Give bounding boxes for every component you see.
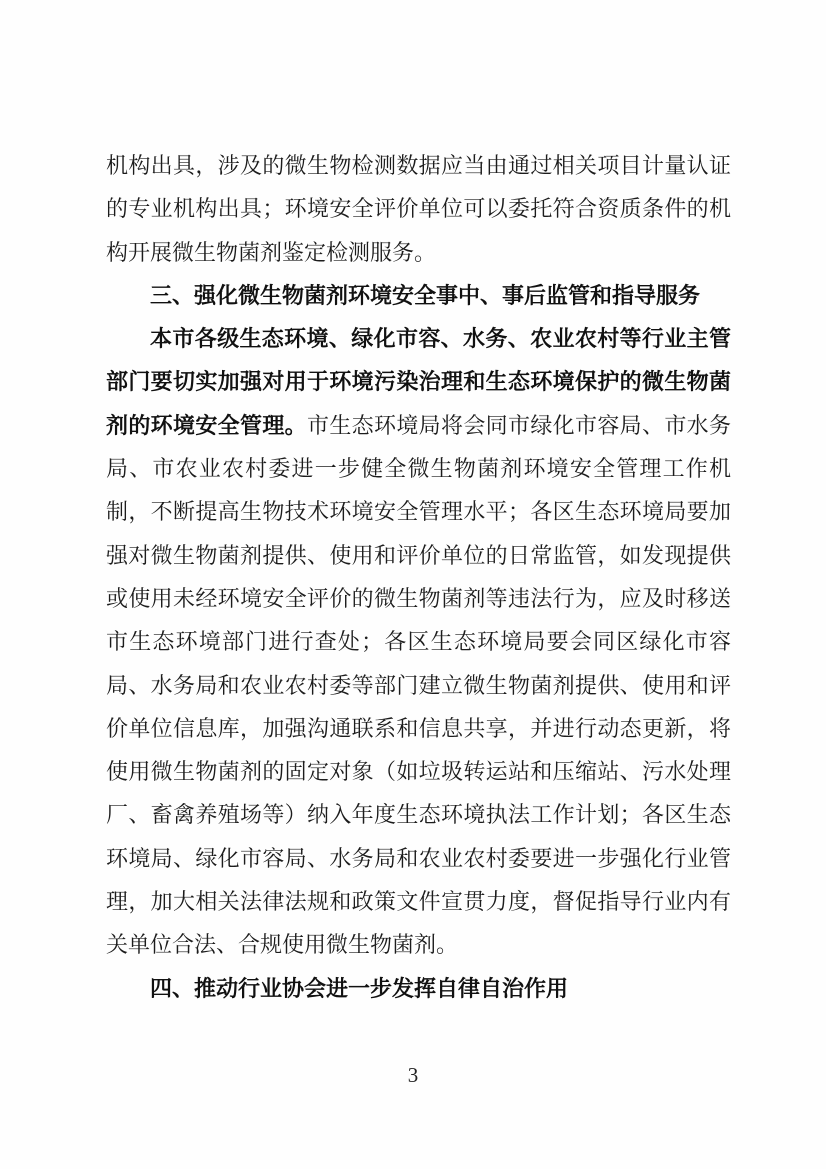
heading-section-4: 四、推动行业协会进一步发挥自律自治作用 (106, 967, 731, 1010)
document-body: 机构出具，涉及的微生物检测数据应当由通过相关项目计量认证的专业机构出具；环境安全… (106, 144, 731, 1010)
heading-section-3: 三、强化微生物菌剂环境安全事中、事后监管和指导服务 (106, 274, 731, 317)
document-page: 机构出具，涉及的微生物检测数据应当由通过相关项目计量认证的专业机构出具；环境安全… (0, 0, 826, 1169)
paragraph-section-3: 本市各级生态环境、绿化市容、水务、农业农村等行业主管部门要切实加强对用于环境污染… (106, 317, 731, 966)
bold-text-segment: 三、强化微生物菌剂环境安全事中、事后监管和指导服务 (150, 283, 700, 308)
bold-text-segment: 四、推动行业协会进一步发挥自律自治作用 (150, 976, 568, 1001)
text-segment: 市生态环境局将会同市绿化市容局、市水务局、市农业农村委进一步健全微生物菌剂环境安… (106, 413, 731, 958)
paragraph-continuation: 机构出具，涉及的微生物检测数据应当由通过相关项目计量认证的专业机构出具；环境安全… (106, 144, 731, 274)
text-segment: 机构出具，涉及的微生物检测数据应当由通过相关项目计量认证的专业机构出具；环境安全… (106, 153, 731, 265)
page-number: 3 (0, 1062, 826, 1088)
